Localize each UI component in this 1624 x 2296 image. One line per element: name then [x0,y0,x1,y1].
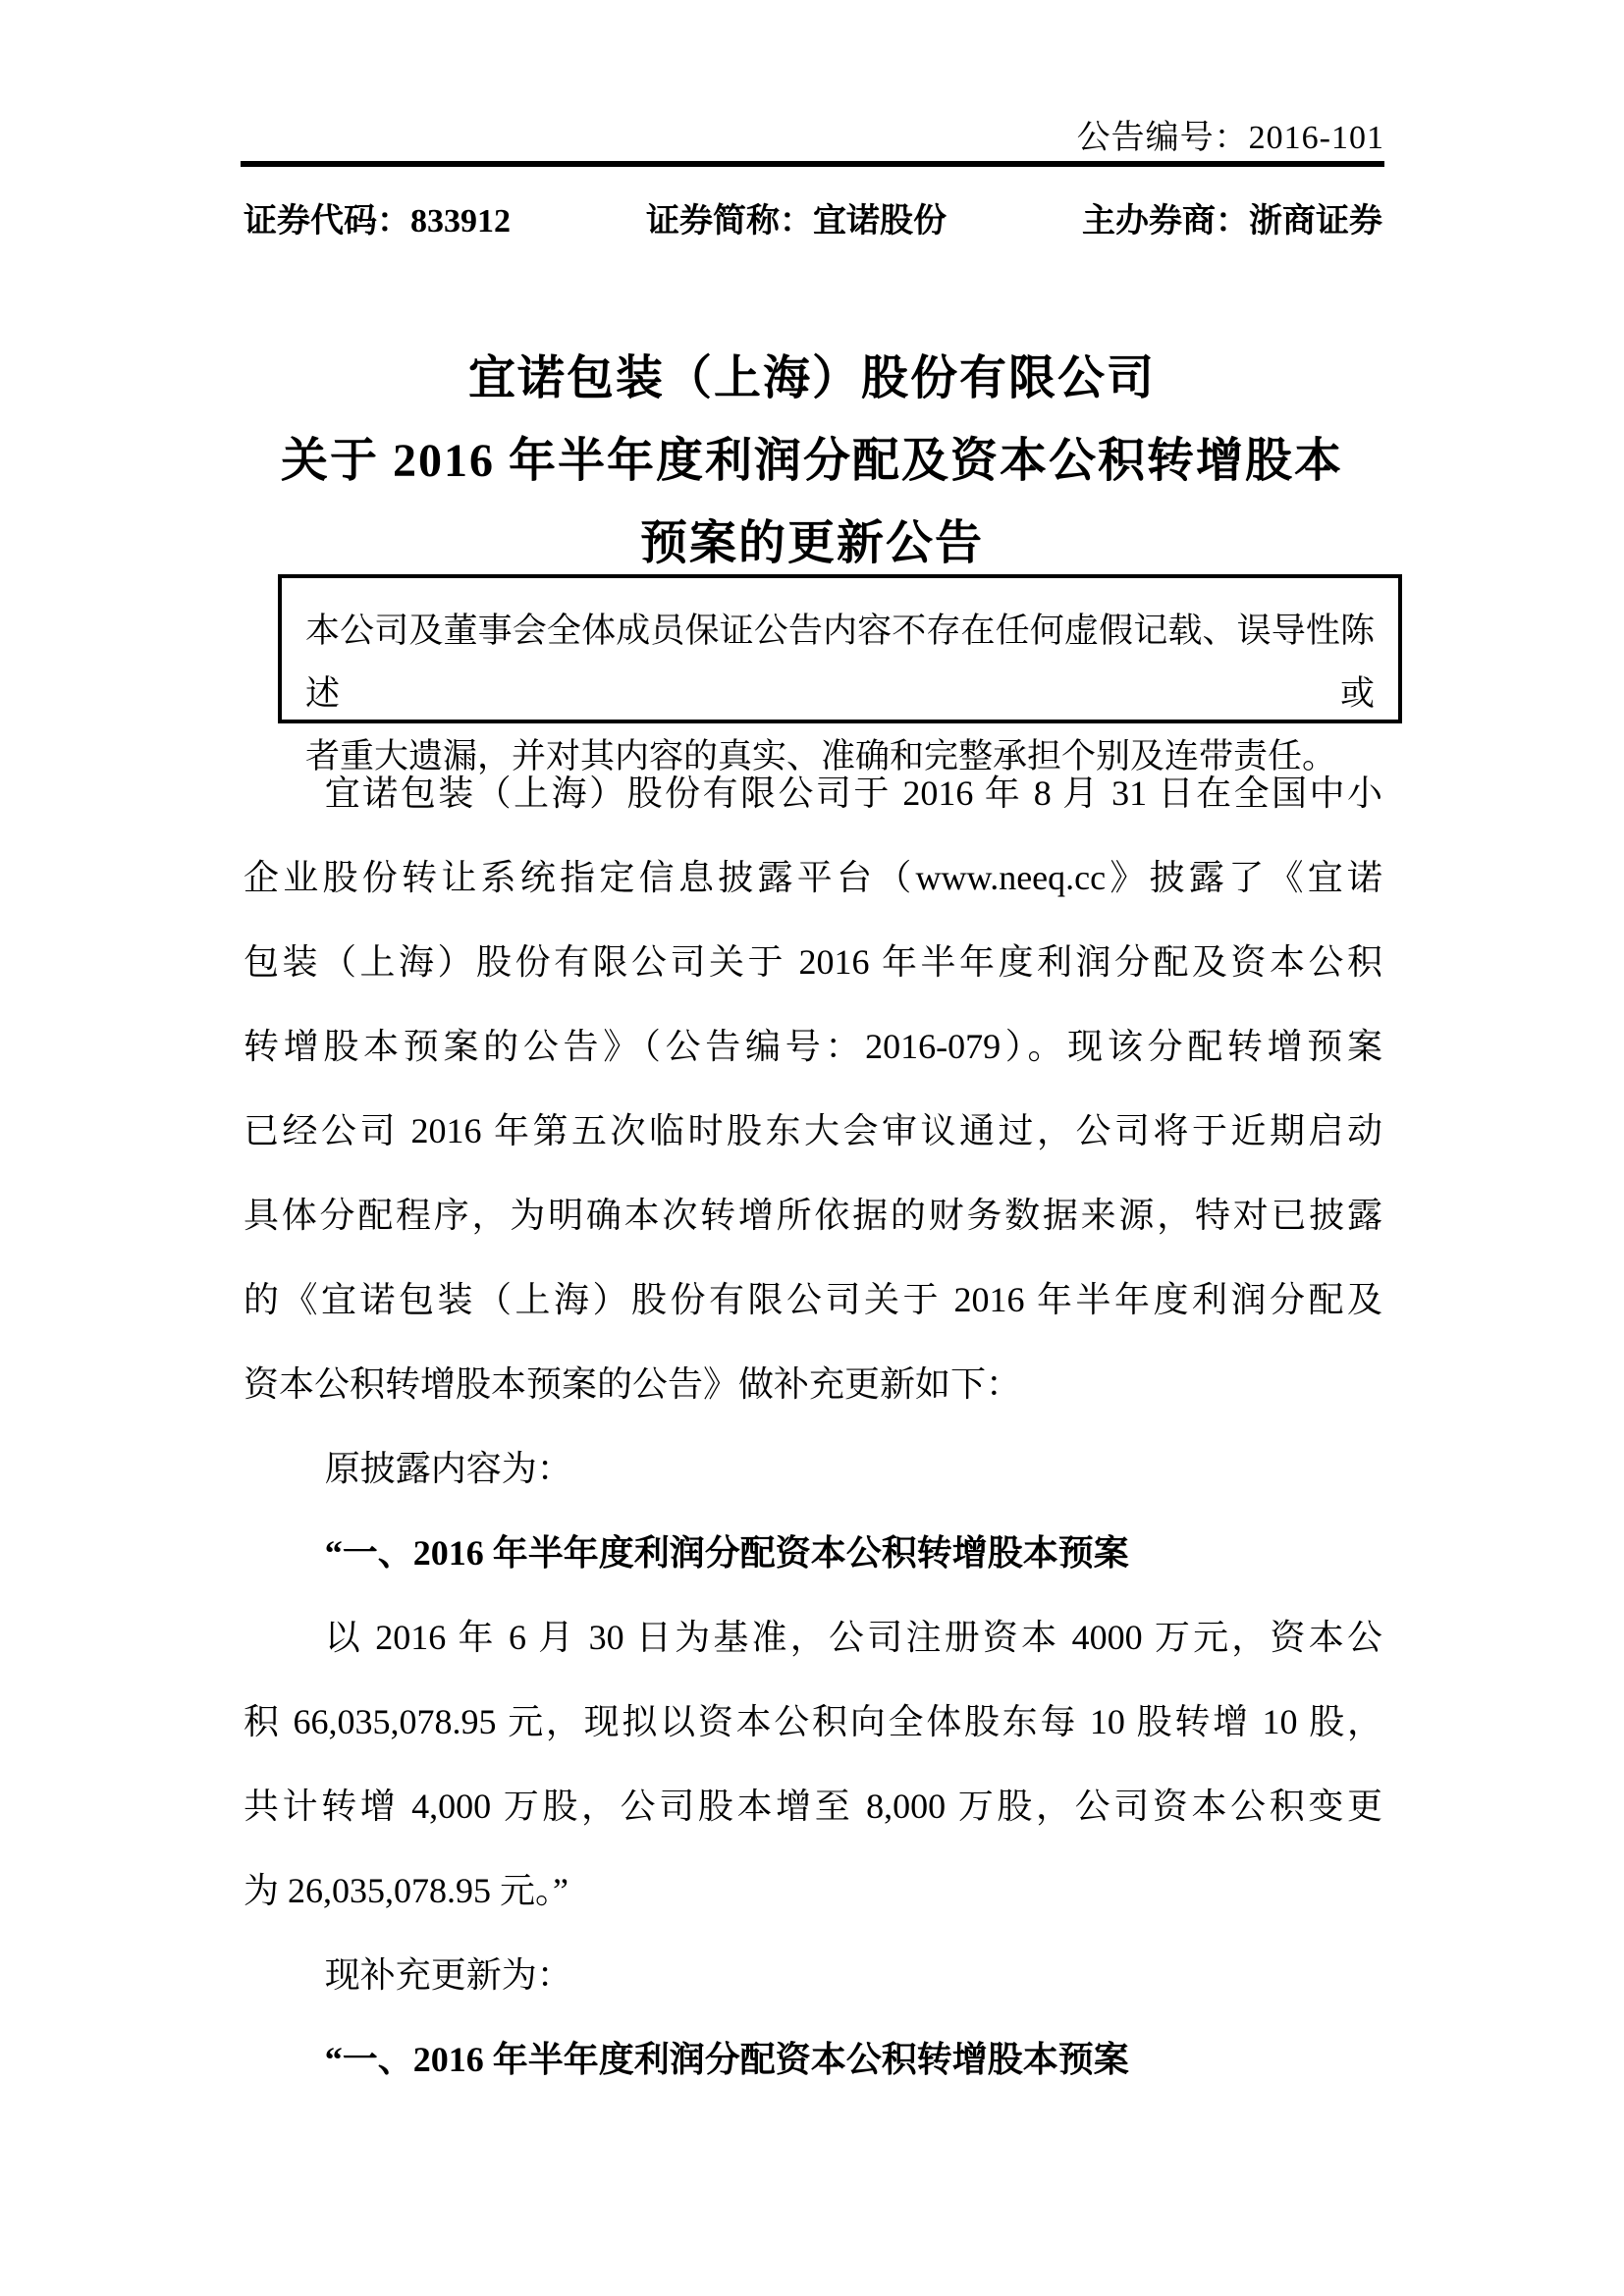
body-line: 的《宜诺包装（上海）股份有限公司关于 2016 年半年度利润分配及 [244,1257,1382,1342]
body-line: 资本公积转增股本预案的公告》做补充更新如下： [244,1342,1382,1426]
body-line: 转增股本预案的公告》（公告编号：2016-079）。现该分配转增预案 [244,1004,1382,1089]
announcement-number: 公告编号：2016-101 [241,118,1384,159]
stock-code: 证券代码：833912 [244,200,511,243]
declaration-line: 本公司及董事会全体成员保证公告内容不存在任何虚假记载、误导性陈述或 [305,600,1375,725]
body-text: 宜诺包装（上海）股份有限公司于 2016 年 8 月 31 日在全国中小 企业股… [244,751,1382,2102]
body-line: 宜诺包装（上海）股份有限公司于 2016 年 8 月 31 日在全国中小 [244,751,1382,835]
declaration-box: 本公司及董事会全体成员保证公告内容不存在任何虚假记载、误导性陈述或 者重大遗漏，… [278,574,1402,723]
body-line: 现补充更新为： [244,1933,1382,2017]
body-line: 包装（上海）股份有限公司关于 2016 年半年度利润分配及资本公积 [244,920,1382,1004]
body-line: “一、2016 年半年度利润分配资本公积转增股本预案 [244,2017,1382,2102]
document-title: 宜诺包装（上海）股份有限公司 关于 2016 年半年度利润分配及资本公积转增股本… [0,338,1624,585]
sponsor: 主办券商：浙商证券 [1082,200,1382,243]
body-line: “一、2016 年半年度利润分配资本公积转增股本预案 [244,1511,1382,1595]
body-line: 已经公司 2016 年第五次临时股东大会审议通过，公司将于近期启动 [244,1089,1382,1173]
securities-info-row: 证券代码：833912 证券简称：宜诺股份 主办券商：浙商证券 [244,200,1382,243]
body-line: 以 2016 年 6 月 30 日为基准，公司注册资本 4000 万元，资本公 [244,1595,1382,1680]
body-line: 具体分配程序，为明确本次转增所依据的财务数据来源，特对已披露 [244,1173,1382,1257]
document-page: 公告编号：2016-101 证券代码：833912 证券简称：宜诺股份 主办券商… [0,0,1624,2296]
body-line: 共计转增 4,000 万股，公司股本增至 8,000 万股，公司资本公积变更 [244,1764,1382,1848]
title-line-1: 宜诺包装（上海）股份有限公司 [0,338,1624,420]
body-line: 原披露内容为： [244,1426,1382,1511]
title-line-2: 关于 2016 年半年度利润分配及资本公积转增股本 [0,420,1624,503]
body-line: 为 26,035,078.95 元。” [244,1848,1382,1933]
body-line: 积 66,035,078.95 元，现拟以资本公积向全体股东每 10 股转增 1… [244,1680,1382,1764]
stock-short-name: 证券简称：宜诺股份 [646,200,947,243]
header-divider [241,161,1384,167]
body-line: 企业股份转让系统指定信息披露平台（www.neeq.cc》披露了《宜诺 [244,835,1382,920]
title-line-3: 预案的更新公告 [0,503,1624,585]
